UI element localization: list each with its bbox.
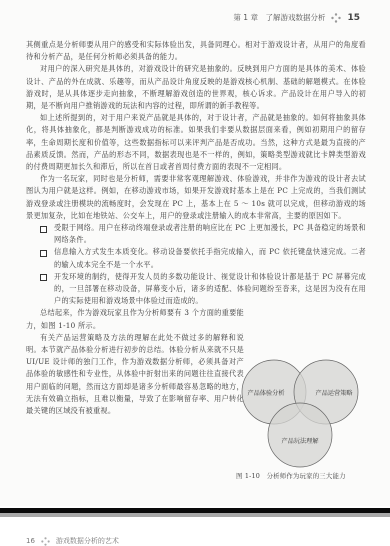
paragraph: 总结起来，作为游戏玩家且作为分析师要有 3 个方面的重要能力，如图 1-10 所… bbox=[26, 307, 244, 331]
bullet-item: 信息输入方式发生本质变化。移动设备要依托手指完成输入，而 PC 依托键盘快速完成… bbox=[42, 246, 366, 270]
circle-gameplay bbox=[268, 403, 332, 467]
checkbox-bullet-icon bbox=[40, 226, 47, 233]
checkbox-bullet-icon bbox=[40, 250, 47, 257]
paragraph: 其侧重点是分析师要从用户的感受和实际体验出发，具备同理心。相对于游戏设计者，从用… bbox=[26, 39, 366, 63]
page-divider-shadow bbox=[0, 513, 390, 517]
bullet-item: 受限于网络。用户在移动终端登录或者注册的响应比在 PC 上更加漫长，PC 具备稳… bbox=[42, 222, 366, 246]
circle-label: 产品玩法理解 bbox=[281, 437, 319, 445]
figure-caption: 图 1-10 分析师作为玩家的三大能力 bbox=[236, 471, 386, 480]
bullet-list: 受限于网络。用户在移动终端登录或者注册的响应比在 PC 上更加漫长，PC 具备稳… bbox=[26, 222, 366, 307]
chapter-title: 第 1 章 了解游戏数据分析 bbox=[233, 12, 325, 23]
paragraph: 对用户的深入研究是具体的，对游戏设计的研究是抽象的。反映到用户方面的是具体的美术… bbox=[26, 63, 366, 112]
paragraph: 如上述所提到的，对于用户来说产品就是具体的，对于设计者，产品就是抽象的。如何将抽… bbox=[26, 112, 366, 173]
page-number: 15 bbox=[347, 13, 360, 23]
diamond-dots-icon bbox=[331, 13, 341, 23]
left-column: 总结起来，作为游戏玩家且作为分析师要有 3 个方面的重要能力，如图 1-10 所… bbox=[26, 307, 244, 417]
paragraph: 有关产品运营策略及方法的理解在此处不做过多的解释和说明。本节就产品体验分析进行初… bbox=[26, 332, 244, 417]
next-page-number: 16 bbox=[26, 537, 35, 545]
circle-label: 产品体验分析 bbox=[247, 389, 284, 397]
circle-label: 产品运营策略 bbox=[315, 389, 353, 397]
paragraph: 作为一名玩家，同时也是分析师，需要非常客观理解游戏、体验游戏，并非作为游戏的设计… bbox=[26, 173, 366, 222]
venn-diagram: 产品体验分析 产品运营策略 产品玩法理解 bbox=[236, 357, 366, 469]
running-header: 第 1 章 了解游戏数据分析 15 bbox=[233, 12, 360, 23]
bullet-item: 开发环境的制约，使得开发人员的多数功能设计、视觉设计和体验设计都是基于 PC 屏… bbox=[42, 271, 366, 308]
next-page-header: 16 游戏数据分析的艺术 bbox=[26, 536, 119, 546]
book-title: 游戏数据分析的艺术 bbox=[56, 536, 119, 546]
book-page: 第 1 章 了解游戏数据分析 15 其侧重点是分析师要从用户的感受和实际体验出发… bbox=[0, 0, 390, 506]
diamond-dots-icon bbox=[41, 537, 50, 546]
checkbox-bullet-icon bbox=[40, 274, 47, 281]
